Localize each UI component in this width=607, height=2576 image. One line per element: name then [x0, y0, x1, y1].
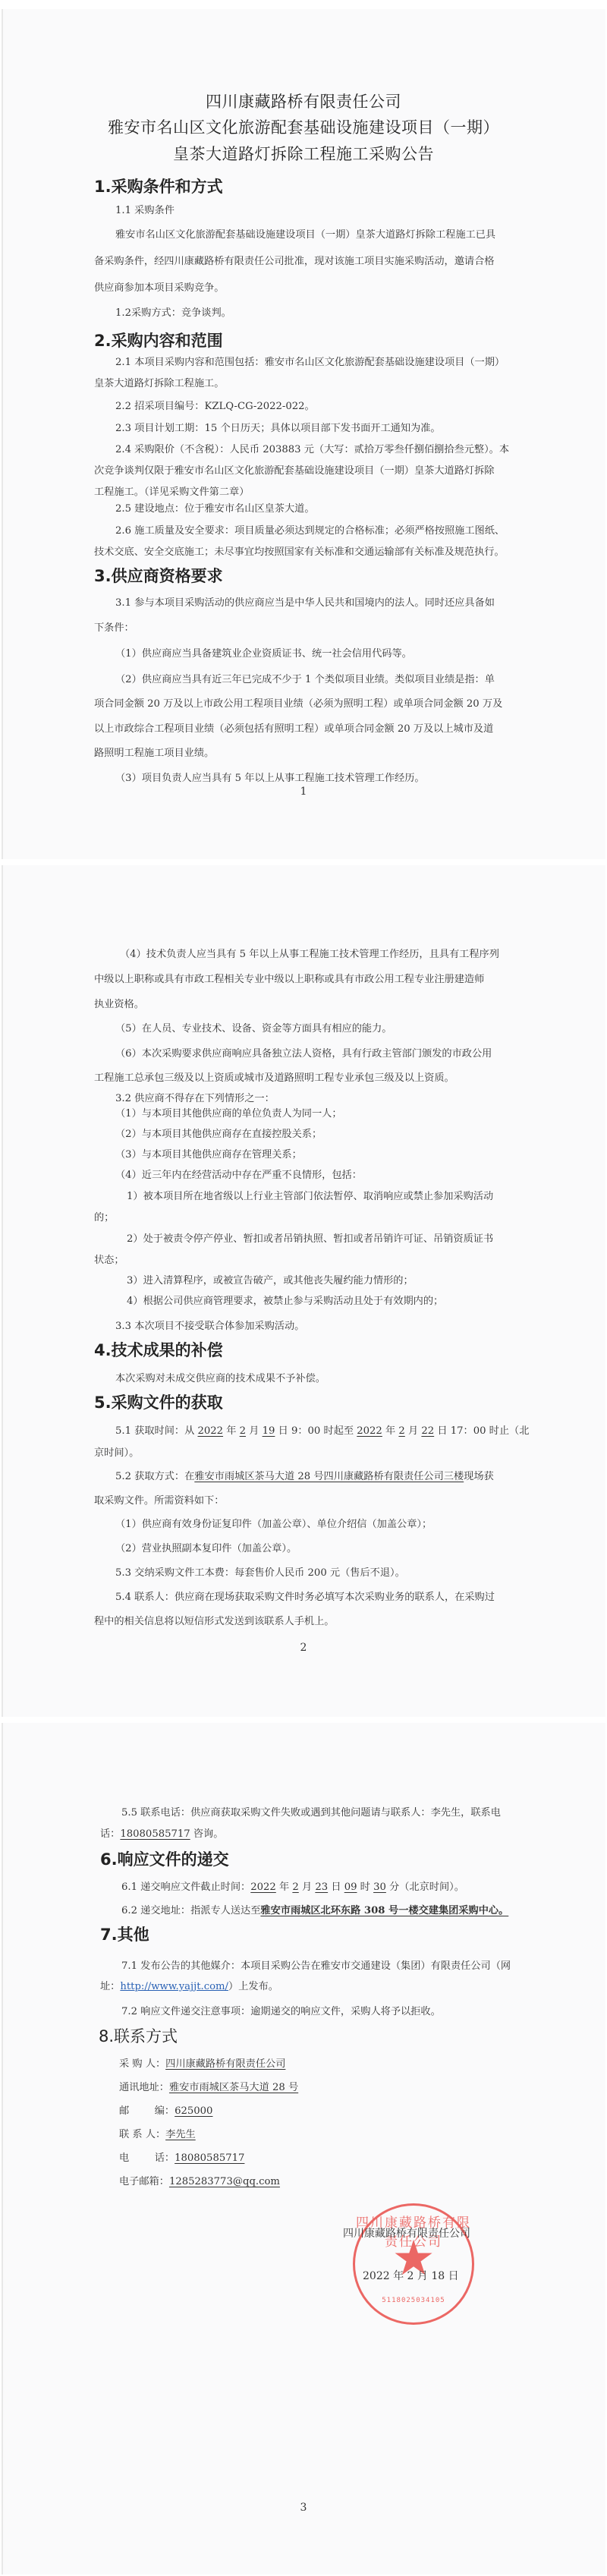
paragraph-line: （3）与本项目其他供应商存在管理关系； — [115, 1149, 545, 1161]
document-page-3 — [2, 1723, 605, 2574]
company-title: 四川康藏路桥有限责任公司 — [0, 90, 607, 112]
paragraph-line: （4）近三年内在经营活动中存在严重不良情形，包括： — [115, 1170, 545, 1182]
paragraph-line: 5.3 交纳采购文件工本费：每套售价人民币 200 元（售后不退）。 — [115, 1567, 545, 1579]
section-5-heading: 5.采购文件的获取 — [94, 1390, 223, 1413]
paragraph-line: 2.2 招采项目编号：KZLQ-CG-2022-022。 — [115, 401, 545, 413]
paragraph-line: 备采购条件，经四川康藏路桥有限责任公司批准，现对该施工项目实施采购活动，邀请合格 — [94, 256, 524, 268]
paragraph-line: 程中的相关信息将以短信形式发送到该联系人手机上。 — [94, 1616, 524, 1628]
paragraph-line: （1）供应商应当具备建筑业企业资质证书、统一社会信用代码等。 — [115, 648, 545, 660]
paragraph-line: 中级以上职称或具有市政工程相关专业中级以上职称或具有市政公用工程专业注册建造师 — [94, 974, 524, 986]
paragraph-line: （5）在人员、专业技术、设备、资金等方面具有相应的能力。 — [115, 1023, 545, 1035]
signature-date: 2022 年 2 月 18 日 — [363, 2268, 459, 2283]
section-2-heading: 2.采购内容和范围 — [94, 329, 223, 351]
paragraph-line: 2.1 本项目采购内容和范围包括：雅安市名山区文化旅游配套基础设施建设项目（一期… — [115, 357, 545, 369]
paragraph-line: （6）本次采购要求供应商响应具备独立法人资格，具有行政主管部门颁发的市政公用 — [115, 1048, 545, 1060]
paragraph-line: （4）技术负责人应当具有 5 年以上从事工程施工技术管理工作经历，且具有工程序列 — [120, 949, 549, 961]
section-1-heading: 1.采购条件和方式 — [94, 175, 223, 197]
paragraph-line: 3.2 供应商不得存在下列情形之一： — [115, 1093, 545, 1105]
paragraph-line: 的； — [94, 1212, 524, 1224]
contact-row-phone: 电 话：18080585717 — [119, 2152, 549, 2165]
sub-1-2: 1.2采购方式：竞争谈判。 — [115, 307, 545, 320]
paragraph-line: 3.1 参与本项目采购活动的供应商应当是中华人民共和国境内的法人。同时还应具备如 — [115, 597, 545, 609]
contact-phone-line: 话：18080585717 咨询。 — [100, 1828, 530, 1841]
submit-address-line: 6.2 递交地址：指派专人送达至雅安市雨城区北环东路 308 号一楼交建集团采购… — [121, 1905, 551, 1917]
paragraph-line: 雅安市名山区文化旅游配套基础设施建设项目（一期）皇茶大道路灯拆除工程施工已具 — [115, 229, 545, 241]
paragraph-line: 状态； — [94, 1255, 524, 1267]
section-8-heading: 8.联系方式 — [99, 2024, 178, 2047]
contact-row-postcode: 邮 编：625000 — [119, 2105, 549, 2118]
seal-number: 5118025034105 — [355, 2297, 472, 2304]
paragraph-line: 5.4 联系人：供应商在现场获取采购文件时务必填写本次采购业务的联系人，在采购过 — [115, 1592, 545, 1604]
paragraph-line: （1）供应商有效身份证复印件（加盖公章）、单位介绍信（加盖公章）； — [115, 1519, 545, 1531]
paragraph-line: 京时间）。 — [94, 1447, 524, 1460]
paragraph-line: 以上市政综合工程项目业绩（必须包括有照明工程）或单项合同金额 20 万及以上城市… — [94, 723, 524, 735]
announcement-title: 皇茶大道路灯拆除工程施工采购公告 — [0, 142, 607, 165]
section-7-heading: 7.其他 — [100, 1923, 149, 1945]
signature-company: 四川康藏路桥有限责任公司 — [343, 2225, 470, 2241]
page-number: 3 — [0, 2502, 607, 2514]
paragraph-line: （2）营业执照副本复印件（加盖公章）。 — [115, 1543, 545, 1555]
paragraph-line: （2）与本项目其他供应商存在直接控股关系； — [115, 1129, 545, 1141]
deadline-line: 6.1 递交响应文件截止时间：2022 年 2 月 23 日 09 时 30 分… — [121, 1882, 551, 1894]
paragraph-line: 路照明工程施工项目业绩。 — [94, 748, 524, 760]
page-number: 1 — [0, 786, 607, 798]
paragraph-line: 2.6 施工质量及安全要求：项目质量必须达到规定的合格标准；必须严格按照施工图纸… — [115, 525, 545, 537]
paragraph-line: （2）供应商应当具有近三年已完成不少于 1 个类似项目业绩。类似项目业绩是指：单 — [115, 674, 545, 686]
acquire-time-line: 5.1 获取时间：从 2022 年 2 月 19 日 9：00 时起至 2022… — [115, 1425, 545, 1438]
paragraph-line: 本次采购对未成交供应商的技术成果不予补偿。 — [115, 1373, 545, 1385]
paragraph-line: 供应商参加本项目采购竞争。 — [94, 282, 524, 294]
paragraph-line: 取采购文件。所需资料如下： — [94, 1495, 524, 1507]
sub-1-1-label: 1.1 采购条件 — [115, 205, 545, 217]
contact-row-email: 电子邮箱：1285283773@qq.com — [119, 2176, 549, 2188]
section-3-heading: 3.供应商资格要求 — [94, 564, 223, 587]
contact-row-purchaser: 采 购 人：四川康藏路桥有限责任公司 — [119, 2058, 549, 2071]
paragraph-line: 2.4 采购限价（不含税）：人民币 203883 元（大写：贰拾万零叁仟捌佰捌拾… — [115, 444, 545, 456]
paragraph-line: 4）根据公司供应商管理要求，被禁止参与采购活动且处于有效期内的； — [127, 1296, 556, 1308]
submit-address: 雅安市雨城区北环东路 308 号一楼交建集团采购中心。 — [260, 1905, 508, 1916]
paragraph-line: （1）与本项目其他供应商的单位负责人为同一人； — [115, 1108, 545, 1120]
paragraph-line: 工程施工。（详见采购文件第二章） — [94, 487, 524, 499]
paragraph-line: 3）进入清算程序，或被宣告破产，或其他丧失履约能力情形的； — [127, 1275, 556, 1287]
paragraph-line: 皇茶大道路灯拆除工程施工。 — [94, 378, 524, 390]
paragraph-line: （3）项目负责人应当具有 5 年以上从事工程施工技术管理工作经历。 — [115, 773, 545, 785]
paragraph-line: 执业资格。 — [94, 999, 524, 1011]
paragraph-line: 技术交底、安全交底施工；未尽事宜均按照国家有关标准和交通运输部有关标准及规范执行… — [94, 546, 524, 559]
paragraph-line: 次竞争谈判仅限于雅安市名山区文化旅游配套基础设施建设项目（一期）皇茶大道路灯拆除 — [94, 465, 524, 477]
paragraph-line: 5.5 联系电话：供应商获取采购文件失败或遇到其他问题请与联系人：李先生，联系电 — [121, 1807, 551, 1819]
paragraph-line: 项合同金额 20 万及以上市政公用工程项目业绩（必须为照明工程）或单项合同金额 … — [94, 698, 524, 710]
paragraph-line: 7.1 发布公告的其他媒介：本项目采购公告在雅安市交通建设（集团）有限责任公司（… — [121, 1960, 551, 1973]
section-6-heading: 6.响应文件的递交 — [100, 1847, 229, 1870]
acquire-place: 雅安市雨城区茶马大道 28 号四川康藏路桥有限责任公司三楼 — [194, 1471, 464, 1482]
paragraph-line: 2）处于被责令停产停业、暂扣或者吊销执照、暂扣或者吊销许可证、吊销资质证书 — [127, 1233, 556, 1245]
company-seal-icon: 四川康藏路桥有限责任公司 ★ 5118025034105 — [353, 2203, 474, 2325]
paragraph-line: 3.3 本次项目不接受联合体参加采购活动。 — [115, 1321, 545, 1333]
document-page-2 — [2, 865, 605, 1717]
paragraph-line: 7.2 响应文件递交注意事项：逾期递交的响应文件，采购人将予以拒收。 — [121, 2006, 551, 2018]
paragraph-line: 2.5 建设地点：位于雅安市名山区皇茶大道。 — [115, 503, 545, 515]
website-link[interactable]: http://www.yajjt.com/ — [120, 1981, 228, 1992]
paragraph-line: 工程施工总承包三级及以上资质或城市及道路照明工程专业承包三级及以上资质。 — [94, 1072, 524, 1085]
website-line: 址：http://www.yajjt.com/）上发布。 — [100, 1981, 530, 1993]
contact-row-person: 联 系 人：李先生 — [119, 2129, 549, 2141]
contact-phone: 18080585717 — [120, 1828, 190, 1840]
acquire-method-line: 5.2 获取方式：在雅安市雨城区茶马大道 28 号四川康藏路桥有限责任公司三楼现… — [115, 1471, 545, 1483]
section-4-heading: 4.技术成果的补偿 — [94, 1338, 223, 1361]
paragraph-line: 1）被本项目所在地省级以上行业主管部门依法暂停、取消响应或禁止参加采购活动 — [127, 1191, 556, 1203]
project-title: 雅安市名山区文化旅游配套基础设施建设项目（一期） — [0, 115, 607, 138]
page-number: 2 — [0, 1642, 607, 1654]
contact-row-address: 通讯地址：雅安市雨城区茶马大道 28 号 — [119, 2082, 549, 2094]
paragraph-line: 下条件： — [94, 622, 524, 635]
paragraph-line: 2.3 项目计划工期：15 个日历天；具体以项目部下发书面开工通知为准。 — [115, 423, 545, 435]
